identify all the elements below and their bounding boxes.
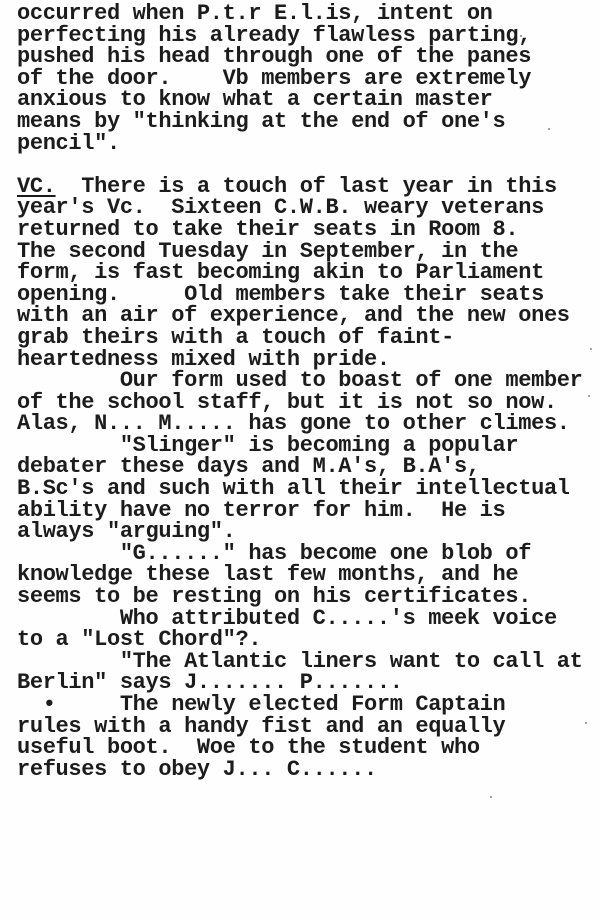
paper-speck xyxy=(588,395,590,397)
text-line: opening. Old members take their seats xyxy=(17,284,583,306)
section-vc-first-line: VC. There is a touch of last year in thi… xyxy=(17,176,583,198)
paper-speck xyxy=(548,128,550,130)
text-line: useful boot. Woe to the student who xyxy=(17,737,583,759)
text-line: The second Tuesday in September, in the xyxy=(17,241,583,263)
text-line: "G......" has become one blob of xyxy=(17,543,583,565)
text-line: pushed his head through one of the panes xyxy=(17,46,583,68)
document-body: occurred when P.t.r E.l.is, intent onper… xyxy=(17,3,583,780)
text-line: pencil". xyxy=(17,133,583,155)
text-line: refuses to obey J... C...... xyxy=(17,759,583,781)
document-page: occurred when P.t.r E.l.is, intent onper… xyxy=(0,0,600,920)
text-line: with an air of experience, and the new o… xyxy=(17,305,583,327)
text-line: grab theirs with a touch of faint- xyxy=(17,327,583,349)
paper-speck xyxy=(585,722,587,724)
paragraph-gap xyxy=(17,154,583,176)
text-line: Berlin" says J....... P....... xyxy=(17,672,583,694)
paper-speck xyxy=(490,796,492,798)
text-line: seems to be resting on his certificates. xyxy=(17,586,583,608)
text-line: perfecting his already flawless parting, xyxy=(17,25,583,47)
paragraph-vb-continuation: occurred when P.t.r E.l.is, intent onper… xyxy=(17,3,583,154)
text-line: ability have no terror for him. He is xyxy=(17,500,583,522)
text-line: • The newly elected Form Captain xyxy=(17,694,583,716)
text-line: always "arguing". xyxy=(17,521,583,543)
text-line: B.Sc's and such with all their intellect… xyxy=(17,478,583,500)
text-line: to a "Lost Chord"?. xyxy=(17,629,583,651)
text-line: heartedness mixed with pride. xyxy=(17,349,583,371)
text-line: means by "thinking at the end of one's xyxy=(17,111,583,133)
paper-speck xyxy=(590,348,592,350)
text-line: rules with a handy fist and an equally xyxy=(17,716,583,738)
paper-speck xyxy=(520,35,522,37)
text-line: debater these days and M.A's, B.A's, xyxy=(17,456,583,478)
text-line: year's Vc. Sixteen C.W.B. weary veterans xyxy=(17,197,583,219)
text-line: "The Atlantic liners want to call at xyxy=(17,651,583,673)
text-line: Who attributed C.....'s meek voice xyxy=(17,608,583,630)
text-line: anxious to know what a certain master xyxy=(17,89,583,111)
text-line: returned to take their seats in Room 8. xyxy=(17,219,583,241)
text-line: of the door. Vb members are extremely xyxy=(17,68,583,90)
text-line: form, is fast becoming akin to Parliamen… xyxy=(17,262,583,284)
section-vc-body: year's Vc. Sixteen C.W.B. weary veterans… xyxy=(17,197,583,780)
text-line: "Slinger" is becoming a popular xyxy=(17,435,583,457)
text-line: of the school staff, but it is not so no… xyxy=(17,392,583,414)
text-line: knowledge these last few months, and he xyxy=(17,564,583,586)
text-line: Alas, N... M..... has gone to other clim… xyxy=(17,413,583,435)
text-line: Our form used to boast of one member xyxy=(17,370,583,392)
text-line: occurred when P.t.r E.l.is, intent on xyxy=(17,3,583,25)
